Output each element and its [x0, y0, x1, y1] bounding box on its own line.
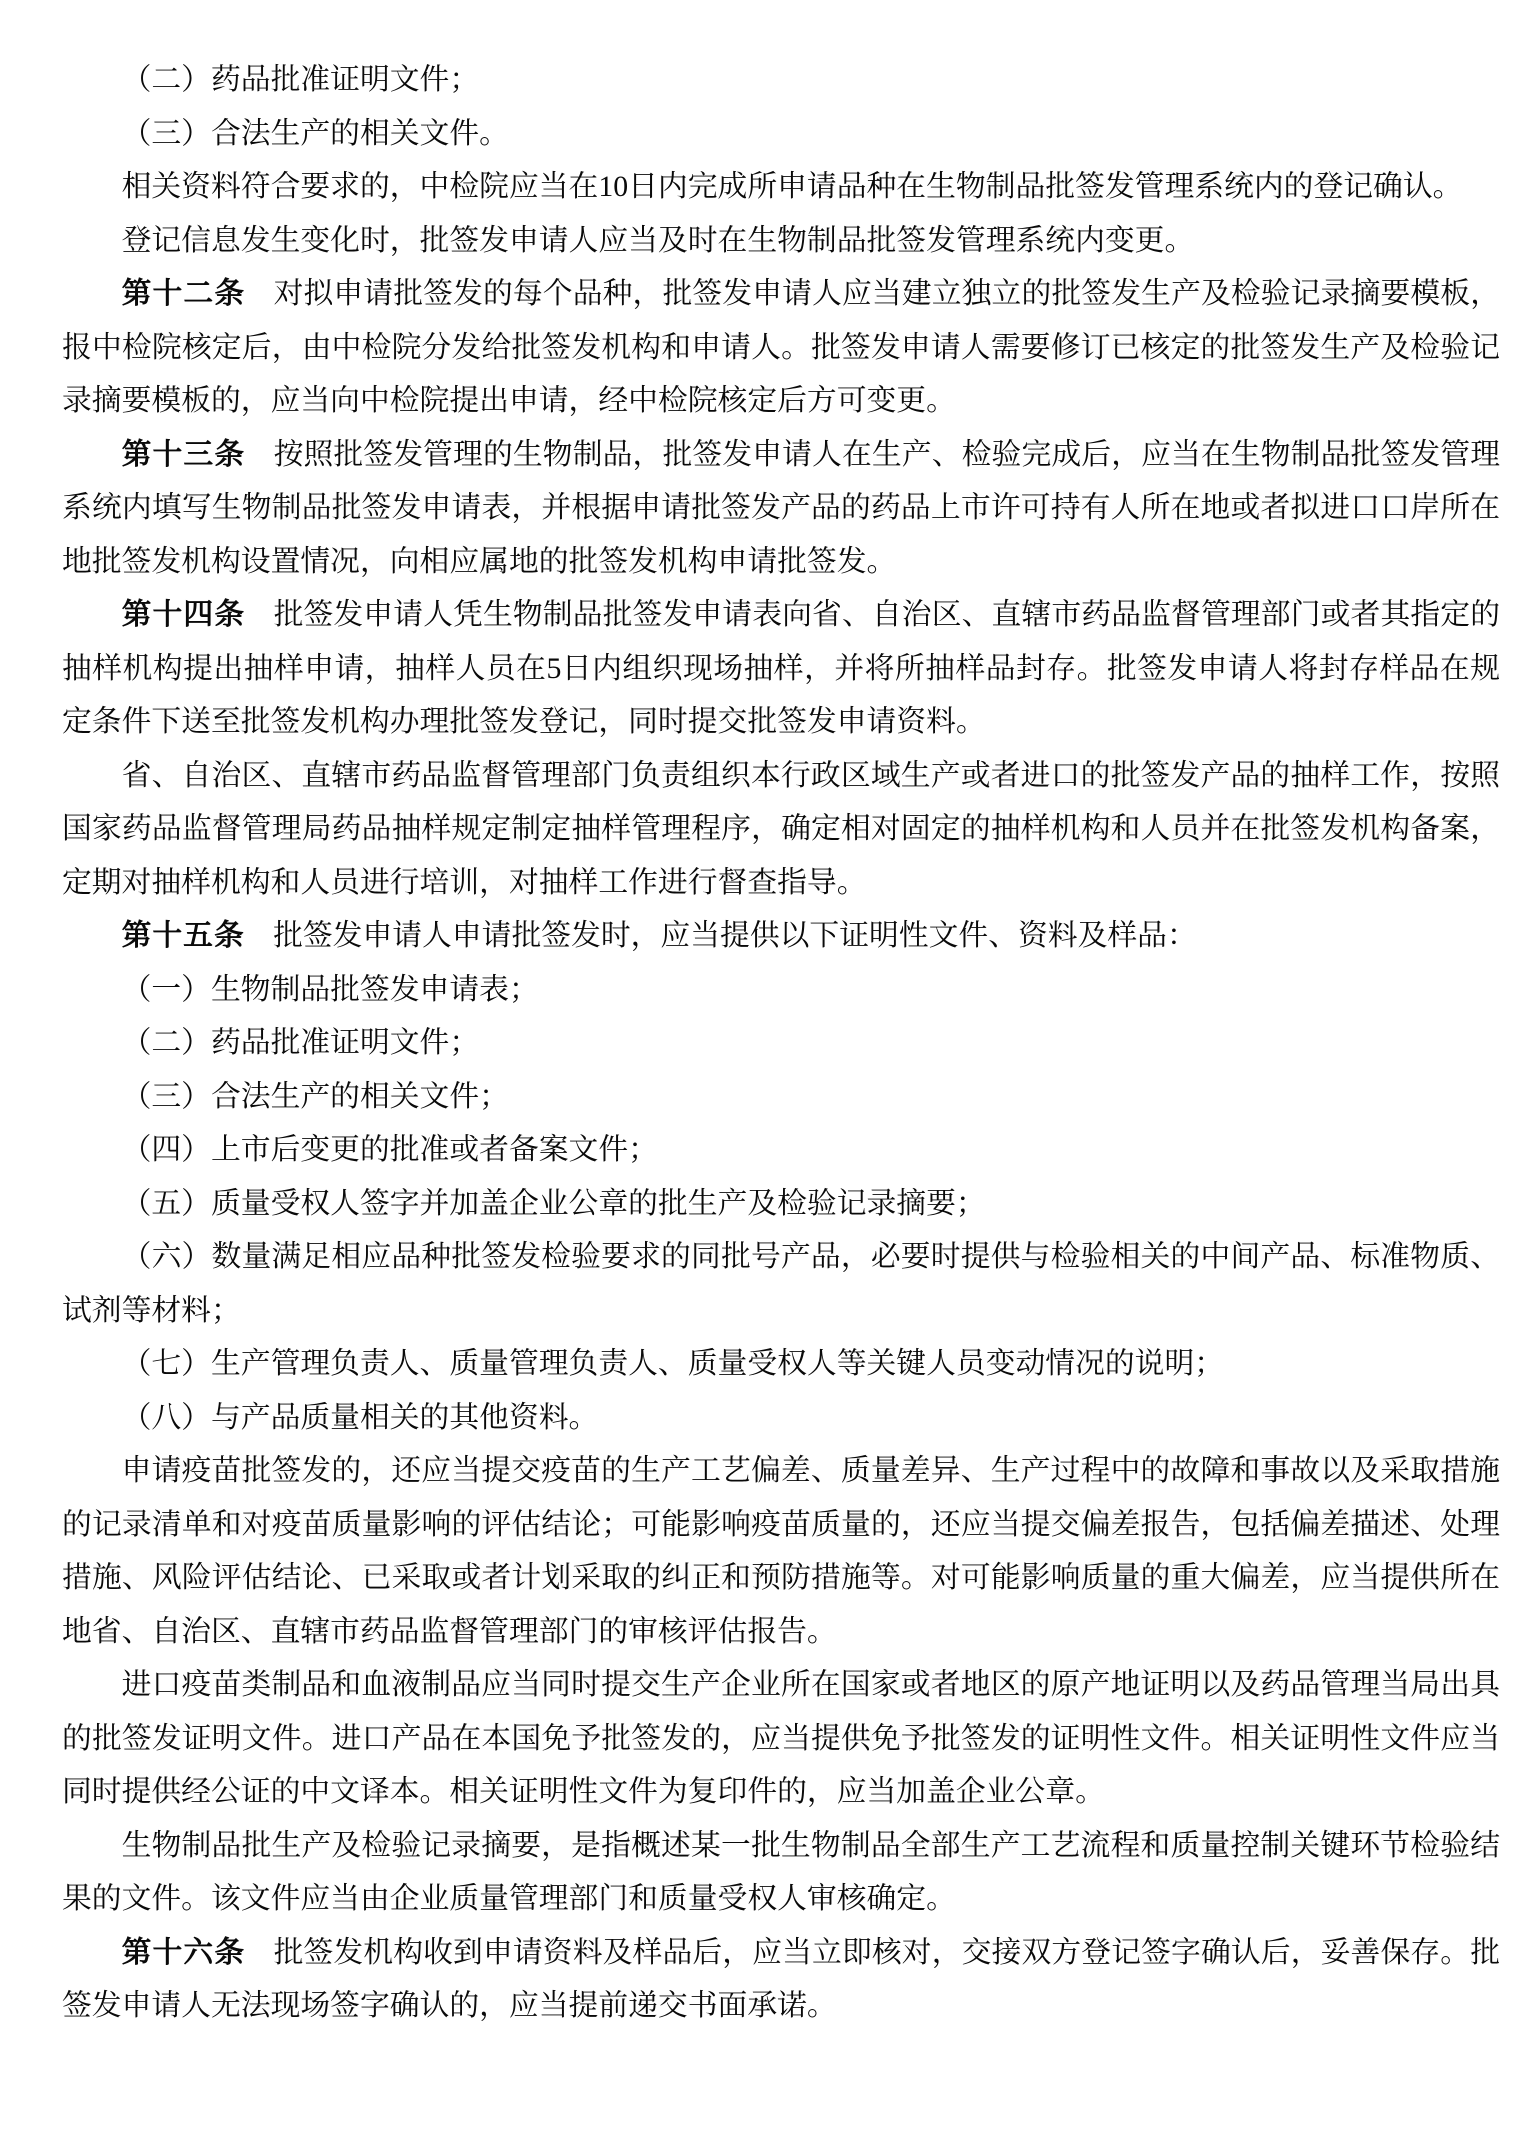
- body-paragraph: 生物制品批生产及检验记录摘要，是指概述某一批生物制品全部生产工艺流程和质量控制关…: [62, 1819, 1500, 1926]
- list-item: （七）生产管理负责人、质量管理负责人、质量受权人等关键人员变动情况的说明；: [62, 1337, 1500, 1391]
- paragraph-text: （六）数量满足相应品种批签发检验要求的同批号产品，必要时提供与检验相关的中间产品…: [62, 1240, 1500, 1327]
- paragraph-text: 省、自治区、直辖市药品监督管理部门负责组织本行政区域生产或者进口的批签发产品的抽…: [62, 759, 1500, 899]
- paragraph-text: （三）合法生产的相关文件。: [122, 117, 509, 150]
- paragraph-text: 批签发申请人凭生物制品批签发申请表向省、自治区、直辖市药品监督管理部门或者其指定…: [62, 598, 1500, 738]
- paragraph-text: 相关资料符合要求的，中检院应当在10日内完成所申请品种在生物制品批签发管理系统内…: [122, 170, 1463, 203]
- body-paragraph: 申请疫苗批签发的，还应当提交疫苗的生产工艺偏差、质量差异、生产过程中的故障和事故…: [62, 1444, 1500, 1658]
- paragraph-text: （二）药品批准证明文件；: [122, 1026, 480, 1059]
- paragraph-text: （二）药品批准证明文件；: [122, 63, 480, 96]
- paragraph-text: （一）生物制品批签发申请表；: [122, 973, 539, 1006]
- paragraph-text: （七）生产管理负责人、质量管理负责人、质量受权人等关键人员变动情况的说明；: [122, 1347, 1224, 1380]
- document-body: （二）药品批准证明文件；（三）合法生产的相关文件。相关资料符合要求的，中检院应当…: [62, 53, 1500, 2033]
- list-item: （三）合法生产的相关文件。: [62, 107, 1500, 161]
- article-paragraph: 第十六条批签发机构收到申请资料及样品后，应当立即核对，交接双方登记签字确认后，妥…: [62, 1926, 1500, 2033]
- paragraph-text: 对拟申请批签发的每个品种，批签发申请人应当建立独立的批签发生产及检验记录摘要模板…: [62, 277, 1500, 417]
- paragraph-text: 批签发申请人申请批签发时，应当提供以下证明性文件、资料及样品：: [273, 919, 1197, 952]
- article-number: 第十四条: [122, 598, 246, 631]
- paragraph-text: 批签发机构收到申请资料及样品后，应当立即核对，交接双方登记签字确认后，妥善保存。…: [62, 1936, 1500, 2023]
- body-paragraph: 进口疫苗类制品和血液制品应当同时提交生产企业所在国家或者地区的原产地证明以及药品…: [62, 1658, 1500, 1819]
- paragraph-text: 申请疫苗批签发的，还应当提交疫苗的生产工艺偏差、质量差异、生产过程中的故障和事故…: [62, 1454, 1500, 1648]
- paragraph-text: 登记信息发生变化时，批签发申请人应当及时在生物制品批签发管理系统内变更。: [122, 224, 1195, 257]
- body-paragraph: 相关资料符合要求的，中检院应当在10日内完成所申请品种在生物制品批签发管理系统内…: [62, 160, 1500, 214]
- article-paragraph: 第十二条对拟申请批签发的每个品种，批签发申请人应当建立独立的批签发生产及检验记录…: [62, 267, 1500, 428]
- list-item: （六）数量满足相应品种批签发检验要求的同批号产品，必要时提供与检验相关的中间产品…: [62, 1230, 1500, 1337]
- body-paragraph: 登记信息发生变化时，批签发申请人应当及时在生物制品批签发管理系统内变更。: [62, 214, 1500, 268]
- paragraph-text: 进口疫苗类制品和血液制品应当同时提交生产企业所在国家或者地区的原产地证明以及药品…: [62, 1668, 1500, 1808]
- list-item: （二）药品批准证明文件；: [62, 1016, 1500, 1070]
- paragraph-text: （四）上市后变更的批准或者备案文件；: [122, 1133, 658, 1166]
- list-item: （三）合法生产的相关文件；: [62, 1070, 1500, 1124]
- list-item: （四）上市后变更的批准或者备案文件；: [62, 1123, 1500, 1177]
- list-item: （二）药品批准证明文件；: [62, 53, 1500, 107]
- body-paragraph: 省、自治区、直辖市药品监督管理部门负责组织本行政区域生产或者进口的批签发产品的抽…: [62, 749, 1500, 910]
- list-item: （八）与产品质量相关的其他资料。: [62, 1391, 1500, 1445]
- paragraph-text: （三）合法生产的相关文件；: [122, 1080, 509, 1113]
- article-number: 第十三条: [122, 438, 246, 471]
- paragraph-text: 按照批签发管理的生物制品，批签发申请人在生产、检验完成后，应当在生物制品批签发管…: [62, 438, 1500, 578]
- paragraph-text: 生物制品批生产及检验记录摘要，是指概述某一批生物制品全部生产工艺流程和质量控制关…: [62, 1829, 1500, 1916]
- paragraph-text: （八）与产品质量相关的其他资料。: [122, 1401, 599, 1434]
- list-item: （一）生物制品批签发申请表；: [62, 963, 1500, 1017]
- article-paragraph: 第十五条批签发申请人申请批签发时，应当提供以下证明性文件、资料及样品：: [62, 909, 1500, 963]
- article-number: 第十六条: [122, 1936, 246, 1969]
- paragraph-text: （五）质量受权人签字并加盖企业公章的批生产及检验记录摘要；: [122, 1187, 986, 1220]
- article-number: 第十五条: [122, 919, 245, 952]
- document-page: （二）药品批准证明文件；（三）合法生产的相关文件。相关资料符合要求的，中检院应当…: [0, 0, 1520, 2150]
- article-number: 第十二条: [122, 277, 246, 310]
- list-item: （五）质量受权人签字并加盖企业公章的批生产及检验记录摘要；: [62, 1177, 1500, 1231]
- article-paragraph: 第十三条按照批签发管理的生物制品，批签发申请人在生产、检验完成后，应当在生物制品…: [62, 428, 1500, 589]
- article-paragraph: 第十四条批签发申请人凭生物制品批签发申请表向省、自治区、直辖市药品监督管理部门或…: [62, 588, 1500, 749]
